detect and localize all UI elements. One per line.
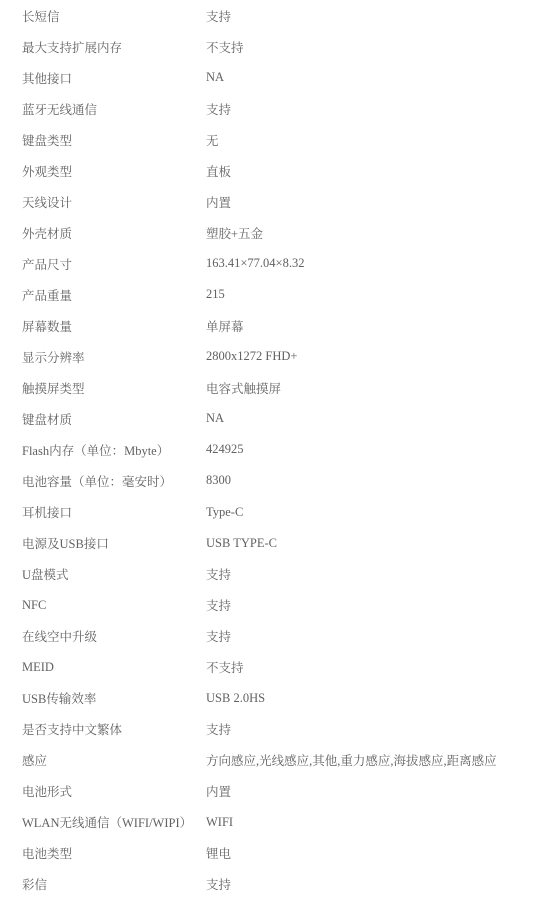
spec-label: 彩信 (0, 875, 206, 893)
spec-value: 支持 (206, 720, 533, 738)
spec-row: 电池类型 锂电 (0, 838, 533, 869)
spec-value: 支持 (206, 100, 533, 118)
spec-row: 蓝牙无线通信 支持 (0, 93, 533, 124)
spec-row: 感应 方向感应,光线感应,其他,重力感应,海拔感应,距离感应 (0, 745, 533, 776)
spec-row: 是否支持中文繁体 支持 (0, 714, 533, 745)
spec-value: 方向感应,光线感应,其他,重力感应,海拔感应,距离感应 (206, 751, 533, 769)
spec-value: 内置 (206, 782, 533, 800)
spec-value: 支持 (206, 596, 533, 614)
spec-row: 键盘类型 无 (0, 124, 533, 155)
spec-value: 2800x1272 FHD+ (206, 349, 533, 364)
spec-label: NFC (0, 598, 206, 613)
spec-label: 产品重量 (0, 286, 206, 304)
spec-row: 外壳材质 塑胶+五金 (0, 217, 533, 248)
spec-label: 电池容量（单位：毫安时） (0, 472, 206, 490)
spec-value: 8300 (206, 473, 533, 488)
spec-value: 内置 (206, 193, 533, 211)
spec-row: Flash内存（单位：Mbyte） 424925 (0, 434, 533, 465)
spec-label: 耳机接口 (0, 503, 206, 521)
spec-value: 支持 (206, 565, 533, 583)
spec-row: 显示分辨率 2800x1272 FHD+ (0, 341, 533, 372)
spec-value: NA (206, 411, 533, 426)
spec-label: 天线设计 (0, 193, 206, 211)
spec-value: 无 (206, 131, 533, 149)
spec-label: 电池类型 (0, 844, 206, 862)
spec-value: 电容式触摸屏 (206, 379, 533, 397)
spec-label: Flash内存（单位：Mbyte） (0, 441, 206, 459)
spec-value: 不支持 (206, 38, 533, 56)
spec-label: 其他接口 (0, 69, 206, 87)
spec-row: 最大支持扩展内存 不支持 (0, 31, 533, 62)
spec-value: WIFI (206, 815, 533, 830)
spec-row: 在线空中升级 支持 (0, 621, 533, 652)
spec-value: 支持 (206, 875, 533, 893)
spec-row: WLAN无线通信（WIFI/WIPI） WIFI (0, 807, 533, 838)
spec-row: 屏幕数量 单屏幕 (0, 310, 533, 341)
spec-label: 是否支持中文繁体 (0, 720, 206, 738)
spec-label: 电池形式 (0, 782, 206, 800)
spec-label: 在线空中升级 (0, 627, 206, 645)
spec-row: 键盘材质 NA (0, 403, 533, 434)
spec-label: 键盘类型 (0, 131, 206, 149)
spec-label: 电源及USB接口 (0, 534, 206, 552)
spec-row: 产品重量 215 (0, 279, 533, 310)
spec-label: 产品尺寸 (0, 255, 206, 273)
spec-label: 长短信 (0, 7, 206, 25)
spec-table: 长短信 支持 最大支持扩展内存 不支持 其他接口 NA 蓝牙无线通信 支持 键盘… (0, 0, 533, 900)
spec-label: 感应 (0, 751, 206, 769)
spec-label: 触摸屏类型 (0, 379, 206, 397)
spec-row: 耳机接口 Type-C (0, 497, 533, 528)
spec-value: Type-C (206, 505, 533, 520)
spec-row: NFC 支持 (0, 590, 533, 621)
spec-label: 最大支持扩展内存 (0, 38, 206, 56)
spec-row: 电池容量（单位：毫安时） 8300 (0, 465, 533, 496)
spec-value: 直板 (206, 162, 533, 180)
spec-label: 蓝牙无线通信 (0, 100, 206, 118)
spec-value: 塑胶+五金 (206, 224, 533, 242)
spec-row: 其他接口 NA (0, 62, 533, 93)
spec-row: 电池形式 内置 (0, 776, 533, 807)
spec-row: 长短信 支持 (0, 0, 533, 31)
spec-row: 天线设计 内置 (0, 186, 533, 217)
spec-label: USB传输效率 (0, 689, 206, 707)
spec-row: 外观类型 直板 (0, 155, 533, 186)
spec-row: 电源及USB接口 USB TYPE-C (0, 528, 533, 559)
spec-row: 彩信 支持 (0, 869, 533, 900)
spec-label: 显示分辨率 (0, 348, 206, 366)
spec-value: NA (206, 70, 533, 85)
spec-value: 424925 (206, 442, 533, 457)
spec-label: MEID (0, 660, 206, 675)
spec-row: USB传输效率 USB 2.0HS (0, 683, 533, 714)
spec-label: WLAN无线通信（WIFI/WIPI） (0, 813, 206, 831)
spec-row: 产品尺寸 163.41×77.04×8.32 (0, 248, 533, 279)
spec-label: U盘模式 (0, 565, 206, 583)
spec-value: 163.41×77.04×8.32 (206, 256, 533, 271)
spec-value: 215 (206, 287, 533, 302)
spec-value: 支持 (206, 627, 533, 645)
spec-value: 单屏幕 (206, 317, 533, 335)
spec-value: USB 2.0HS (206, 691, 533, 706)
spec-label: 屏幕数量 (0, 317, 206, 335)
spec-row: MEID 不支持 (0, 652, 533, 683)
spec-label: 外观类型 (0, 162, 206, 180)
spec-row: U盘模式 支持 (0, 559, 533, 590)
spec-value: 支持 (206, 7, 533, 25)
spec-value: USB TYPE-C (206, 536, 533, 551)
spec-value: 不支持 (206, 658, 533, 676)
spec-label: 键盘材质 (0, 410, 206, 428)
spec-row: 触摸屏类型 电容式触摸屏 (0, 372, 533, 403)
spec-value: 锂电 (206, 844, 533, 862)
spec-label: 外壳材质 (0, 224, 206, 242)
